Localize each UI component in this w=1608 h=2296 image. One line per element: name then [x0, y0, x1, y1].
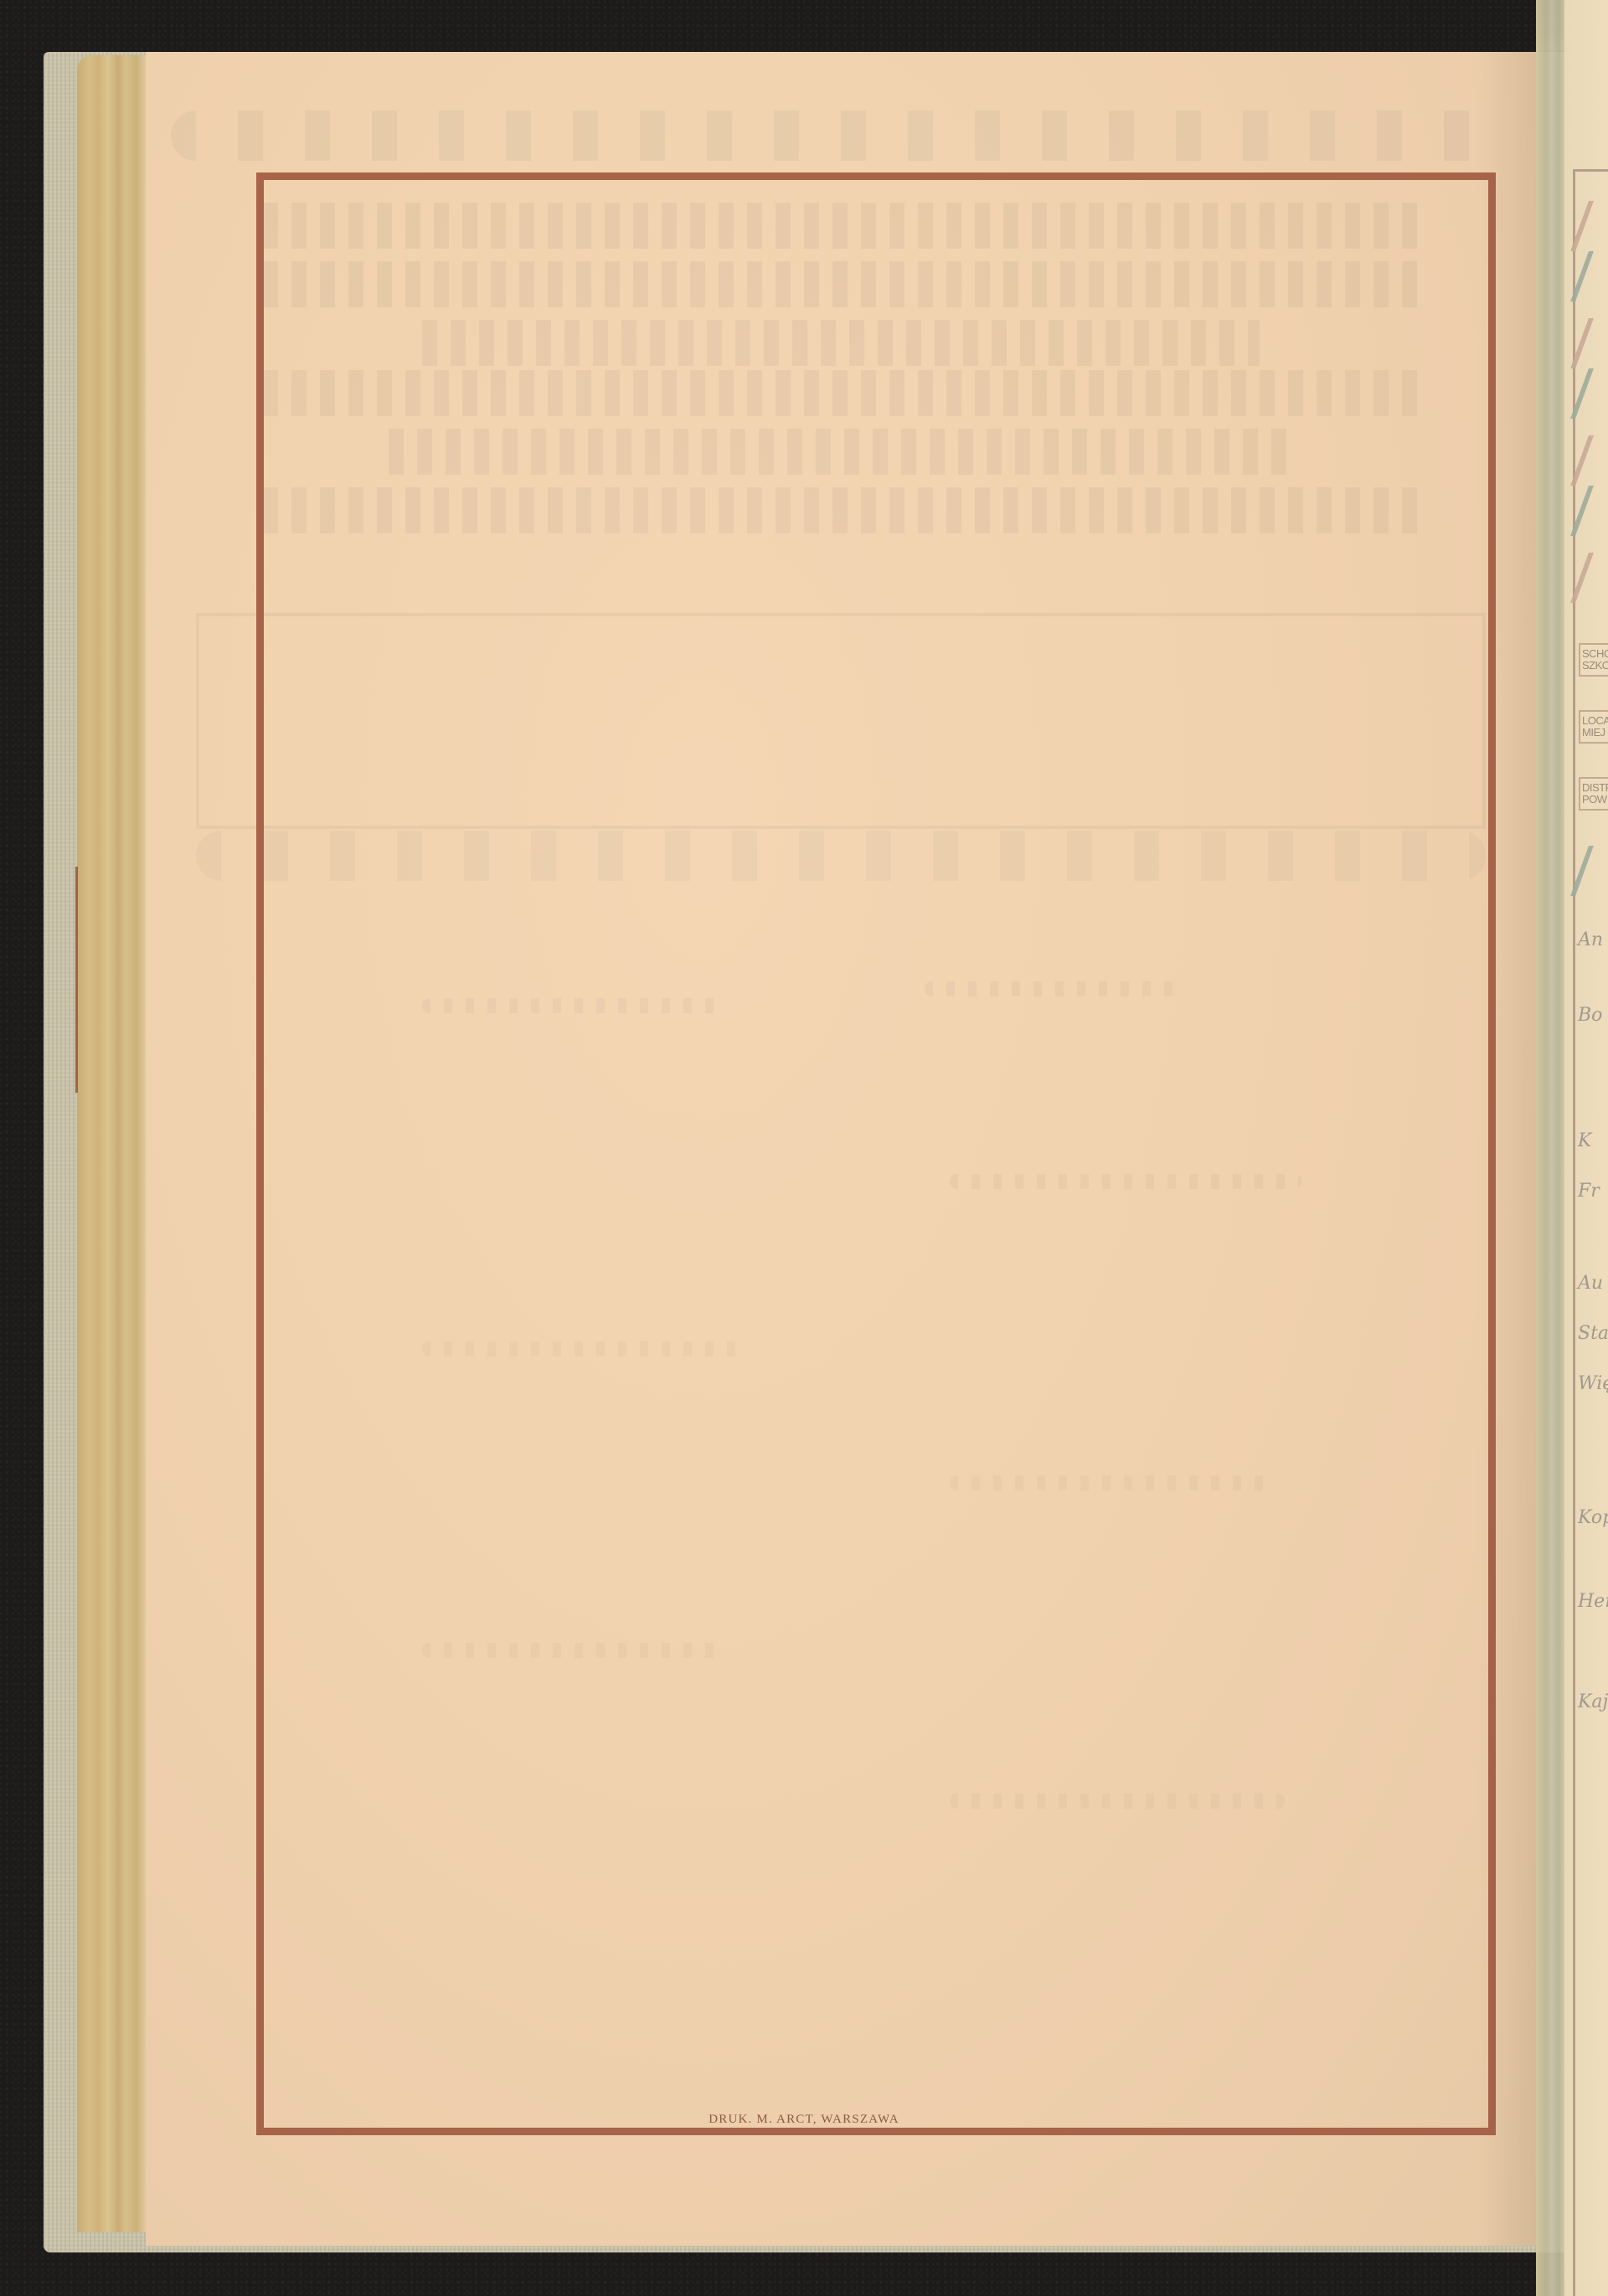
facing-handwriting: Bo [1578, 1005, 1602, 1026]
decorative-frame [256, 172, 1496, 2135]
facing-handwriting: Kaja [1578, 1691, 1608, 1712]
facing-label-district: DISTR POW [1579, 777, 1608, 811]
facing-handwriting: Kop [1578, 1507, 1608, 1528]
facing-page: SCHO SZKO LOCA MIEJ DISTR POW An Bo K Fr… [1564, 0, 1608, 2296]
ghost-ornament-band-top [171, 111, 1511, 161]
facing-handwriting: Sta [1578, 1323, 1608, 1344]
facing-handwriting: K [1578, 1130, 1591, 1151]
page-gutter-shadow [1477, 52, 1536, 2246]
printer-imprint: DRUK. M. ARCT, WARSZAWA [0, 2113, 1608, 2127]
facing-label-school: SCHO SZKO [1579, 643, 1608, 677]
book-page [146, 52, 1536, 2246]
page-edges [77, 55, 147, 2232]
facing-handwriting: An [1578, 929, 1603, 950]
facing-handwriting: Hen [1578, 1591, 1608, 1612]
facing-handwriting: Fr [1578, 1181, 1600, 1202]
red-ribbon-edge [75, 867, 78, 1093]
book-gutter-strip [1536, 0, 1564, 2296]
facing-label-locality: LOCA MIEJ [1579, 710, 1608, 744]
facing-handwriting: Au [1578, 1273, 1603, 1294]
facing-handwriting: Wię [1578, 1373, 1608, 1394]
